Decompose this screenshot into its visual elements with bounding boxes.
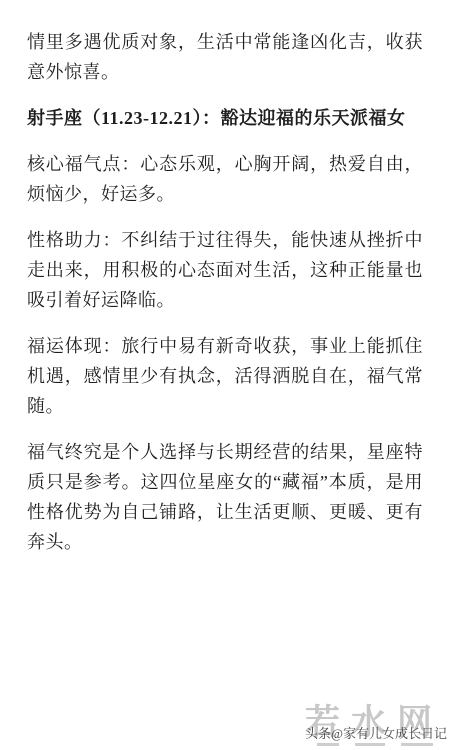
paragraph-personality-boost: 性格助力：不纠结于过往得失，能快速从挫折中走出来，用积极的心态面对生活，这种正能… [27,225,423,315]
watermark-subtext-mark [317,743,339,746]
watermark: 若水网 头条@家有儿女成长日记 [287,705,447,748]
watermark-subtext-mark [355,743,385,746]
paragraph-fortune-manifestation: 福运体现：旅行中易有新奇收获，事业上能抓住机遇，感情里少有执念，活得洒脱自在，福… [27,331,423,421]
watermark-subtext-marks [287,743,447,748]
section-heading-sagittarius: 射手座（11.23-12.21）：豁达迎福的乐天派福女 [27,103,423,133]
watermark-credit: 头条@家有儿女成长日记 [287,727,447,740]
article-page: 情里多遇优质对象，生活中常能逢凶化吉，收获意外惊喜。 射手座（11.23-12.… [0,0,450,750]
watermark-subtext-mark [401,743,433,746]
paragraph-conclusion: 福气终究是个人选择与长期经营的结果，星座特质只是参考。这四位星座女的“藏福”本质… [27,437,423,557]
paragraph-intro-tail: 情里多遇优质对象，生活中常能逢凶化吉，收获意外惊喜。 [27,27,423,87]
paragraph-core-luck-points: 核心福气点：心态乐观，心胸开阔，热爱自由，烦恼少，好运多。 [27,149,423,209]
article-body: 情里多遇优质对象，生活中常能逢凶化吉，收获意外惊喜。 射手座（11.23-12.… [0,0,450,573]
